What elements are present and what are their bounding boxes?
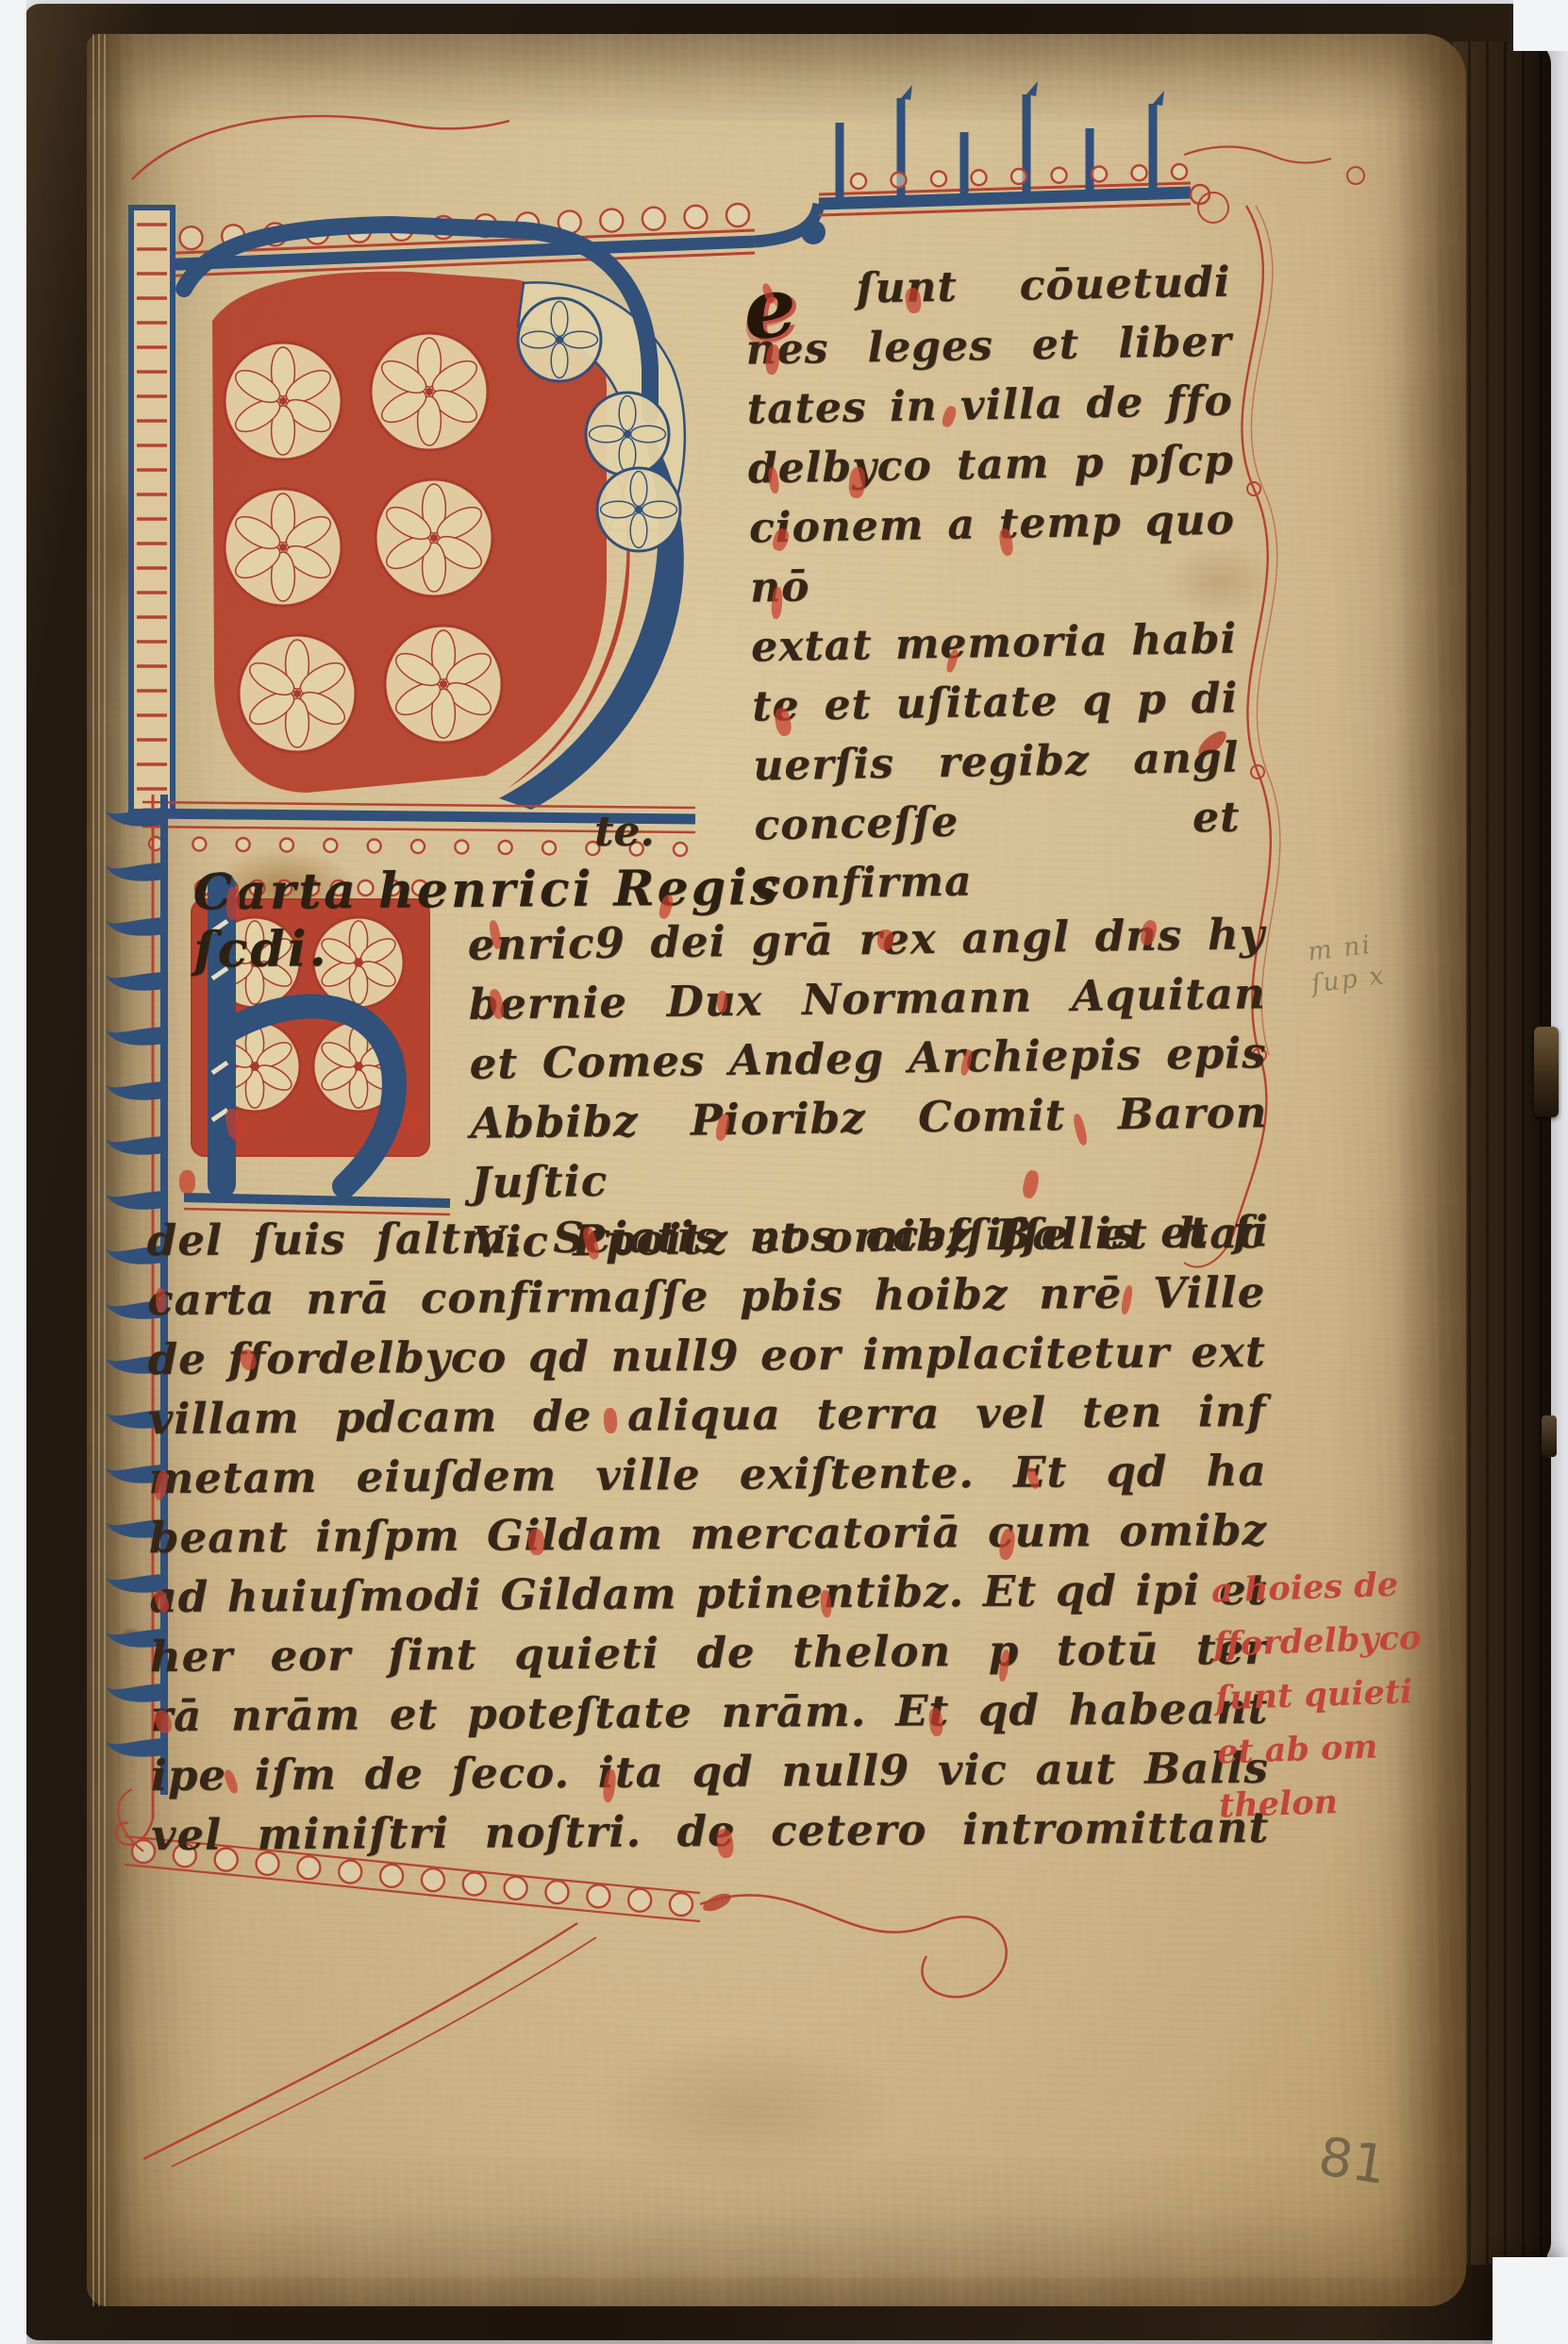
photo-background-left xyxy=(0,0,26,2344)
decoration-shape xyxy=(619,396,636,431)
text-line: et Comes Andeg Archiepis epis xyxy=(469,1023,1267,1094)
decoration-shape xyxy=(422,1868,444,1891)
text-line: ad huiuſmodi Gildam ptinentibz. Et qd ip… xyxy=(149,1560,1267,1627)
text-line: tates in villa de ffo xyxy=(746,372,1233,440)
text-line: de ffordelbyco qd null9 eor implacitetur… xyxy=(147,1322,1265,1389)
paragraph-2-full: del ſuis ſaltm. Sciatis nos cceſſiſſe et… xyxy=(147,1203,1270,1865)
decoration-shape xyxy=(463,1872,486,1895)
text-line: te et uſitate q p di xyxy=(752,668,1239,736)
photo-background-corner-bottom xyxy=(1493,2257,1568,2344)
paragraph-1: ſunt cōuetudines leges et libertates in … xyxy=(744,253,1242,915)
book-clasp-stud xyxy=(1542,1415,1557,1457)
decoration-shape xyxy=(542,842,556,855)
decoration-shape xyxy=(505,1877,527,1900)
text-line: bernie Dux Normann Aquitan xyxy=(468,963,1266,1034)
decoration-shape xyxy=(601,501,636,518)
book-spine-edge xyxy=(1453,42,1551,2265)
decoration-shape xyxy=(411,840,425,853)
book-clasp xyxy=(1534,1027,1559,1117)
text-line: thelon xyxy=(1218,1772,1413,1833)
decoration-shape xyxy=(280,839,293,852)
decoration-shape xyxy=(674,843,687,856)
text-line: ipe iſm de ſeco. ita qd null9 vic aut Ba… xyxy=(151,1738,1269,1805)
decoration-shape xyxy=(368,840,381,853)
decoration-shape xyxy=(1153,91,1164,106)
text-line: a hoies de xyxy=(1210,1558,1406,1618)
decoration-shape xyxy=(631,426,666,443)
text-line: extat memoria habi xyxy=(751,610,1238,678)
decoration-shape xyxy=(931,172,946,187)
text-line: delbyco tam p pſcp xyxy=(747,431,1234,499)
decoration-shape xyxy=(630,472,647,507)
decoration-shape xyxy=(628,1889,651,1912)
decoration-shape xyxy=(380,1865,403,1887)
decoration-shape xyxy=(972,170,987,185)
decoration-shape xyxy=(440,680,447,688)
decoration-shape xyxy=(324,839,337,852)
decoration-shape xyxy=(279,544,287,551)
decoration-shape xyxy=(279,397,287,405)
decoration-shape xyxy=(106,808,164,827)
decoration-shape xyxy=(106,1136,164,1155)
decoration-shape xyxy=(901,85,912,100)
text-line: carta nrā confirmaſſe pbis hoibz nrē Vil… xyxy=(147,1263,1265,1330)
decoration-shape xyxy=(635,506,642,513)
paragraph-1-last-line: te. xyxy=(594,808,655,856)
text-line: ſunt quieti xyxy=(1214,1665,1410,1725)
illuminated-initial-H xyxy=(118,198,750,840)
text-line: del ſuis ſaltm. Sciatis nos cceſſiſſe et… xyxy=(147,1203,1265,1270)
decoration-shape xyxy=(1132,165,1147,180)
faint-margin-note: m niſup x xyxy=(1306,928,1387,1000)
text-line: enric9 dei grā rex angl dns hy xyxy=(467,904,1265,975)
decoration-shape xyxy=(106,972,164,991)
decoration-shape xyxy=(630,513,647,548)
text-line: et ab om xyxy=(1216,1718,1411,1779)
decoration-shape xyxy=(892,173,907,188)
decoration-shape xyxy=(499,841,512,854)
decoration-shape xyxy=(106,917,164,936)
decoration-shape xyxy=(1011,169,1026,184)
folio-mark: 81 xyxy=(1314,2126,1391,2197)
text-line: villam pdcam de aliqua terra vel ten inf xyxy=(148,1381,1266,1448)
decoration-shape xyxy=(106,1191,164,1210)
decoration-shape xyxy=(522,331,557,348)
text-line: ſunt cōuetudi xyxy=(744,253,1231,321)
decoration-shape xyxy=(1052,168,1067,183)
text-line: cionem a temp quo nō xyxy=(748,491,1236,618)
text-line: her eor ſint quieti de thelon p totū ter xyxy=(150,1619,1268,1686)
decoration-shape xyxy=(551,302,568,337)
decoration-shape xyxy=(642,501,677,518)
decoration-shape xyxy=(624,430,631,438)
decoration-shape xyxy=(293,690,301,697)
decoration-shape xyxy=(590,426,625,443)
decoration-shape xyxy=(1026,81,1038,96)
text-line: uerſis regibz angl xyxy=(753,728,1240,795)
decoration-shape xyxy=(670,1893,692,1916)
red-marginal-note: a hoies deffordelbycoſunt quietiet ab om… xyxy=(1210,1558,1413,1833)
decoration-shape xyxy=(355,1063,362,1070)
decoration-shape xyxy=(251,1063,259,1070)
decoration-shape xyxy=(106,1081,164,1100)
manuscript-page: e ſunt cōuetudines leges et libertates i… xyxy=(87,34,1466,2306)
decoration-shape xyxy=(563,331,598,348)
decoration-shape xyxy=(455,841,468,854)
text-line: ffordelbyco xyxy=(1212,1611,1408,1671)
text-line: beant inſpm Gildam mercatoriā cum omibz xyxy=(149,1500,1267,1567)
decoration-shape xyxy=(106,1027,164,1046)
decoration-shape xyxy=(339,1861,361,1884)
decoration-shape xyxy=(425,388,433,395)
photo-background-corner-top xyxy=(1513,0,1568,51)
decoration-shape xyxy=(551,343,568,378)
decoration-shape xyxy=(556,336,563,343)
decoration-shape xyxy=(545,1881,568,1903)
decoration-shape xyxy=(430,534,438,542)
decoration-shape xyxy=(106,862,164,881)
manuscript-photo: e ſunt cōuetudines leges et libertates i… xyxy=(0,0,1568,2344)
text-line: vel miniſtri noſtri. de cetero intromitt… xyxy=(151,1798,1269,1865)
text-line: metam eiuſdem ville exiſtente. Et qd ha xyxy=(148,1441,1266,1508)
decoration-shape xyxy=(1092,167,1107,182)
text-line: Abbibz Pioribz Comit Baron Juſtic xyxy=(470,1082,1269,1213)
decoration-shape xyxy=(587,1884,609,1907)
decoration-shape xyxy=(237,838,250,851)
text-line: rā nrām et poteſtate nrām. Et qd habeant xyxy=(150,1679,1268,1746)
decoration-shape xyxy=(851,174,866,189)
text-line: nes leges et liber xyxy=(745,312,1232,380)
